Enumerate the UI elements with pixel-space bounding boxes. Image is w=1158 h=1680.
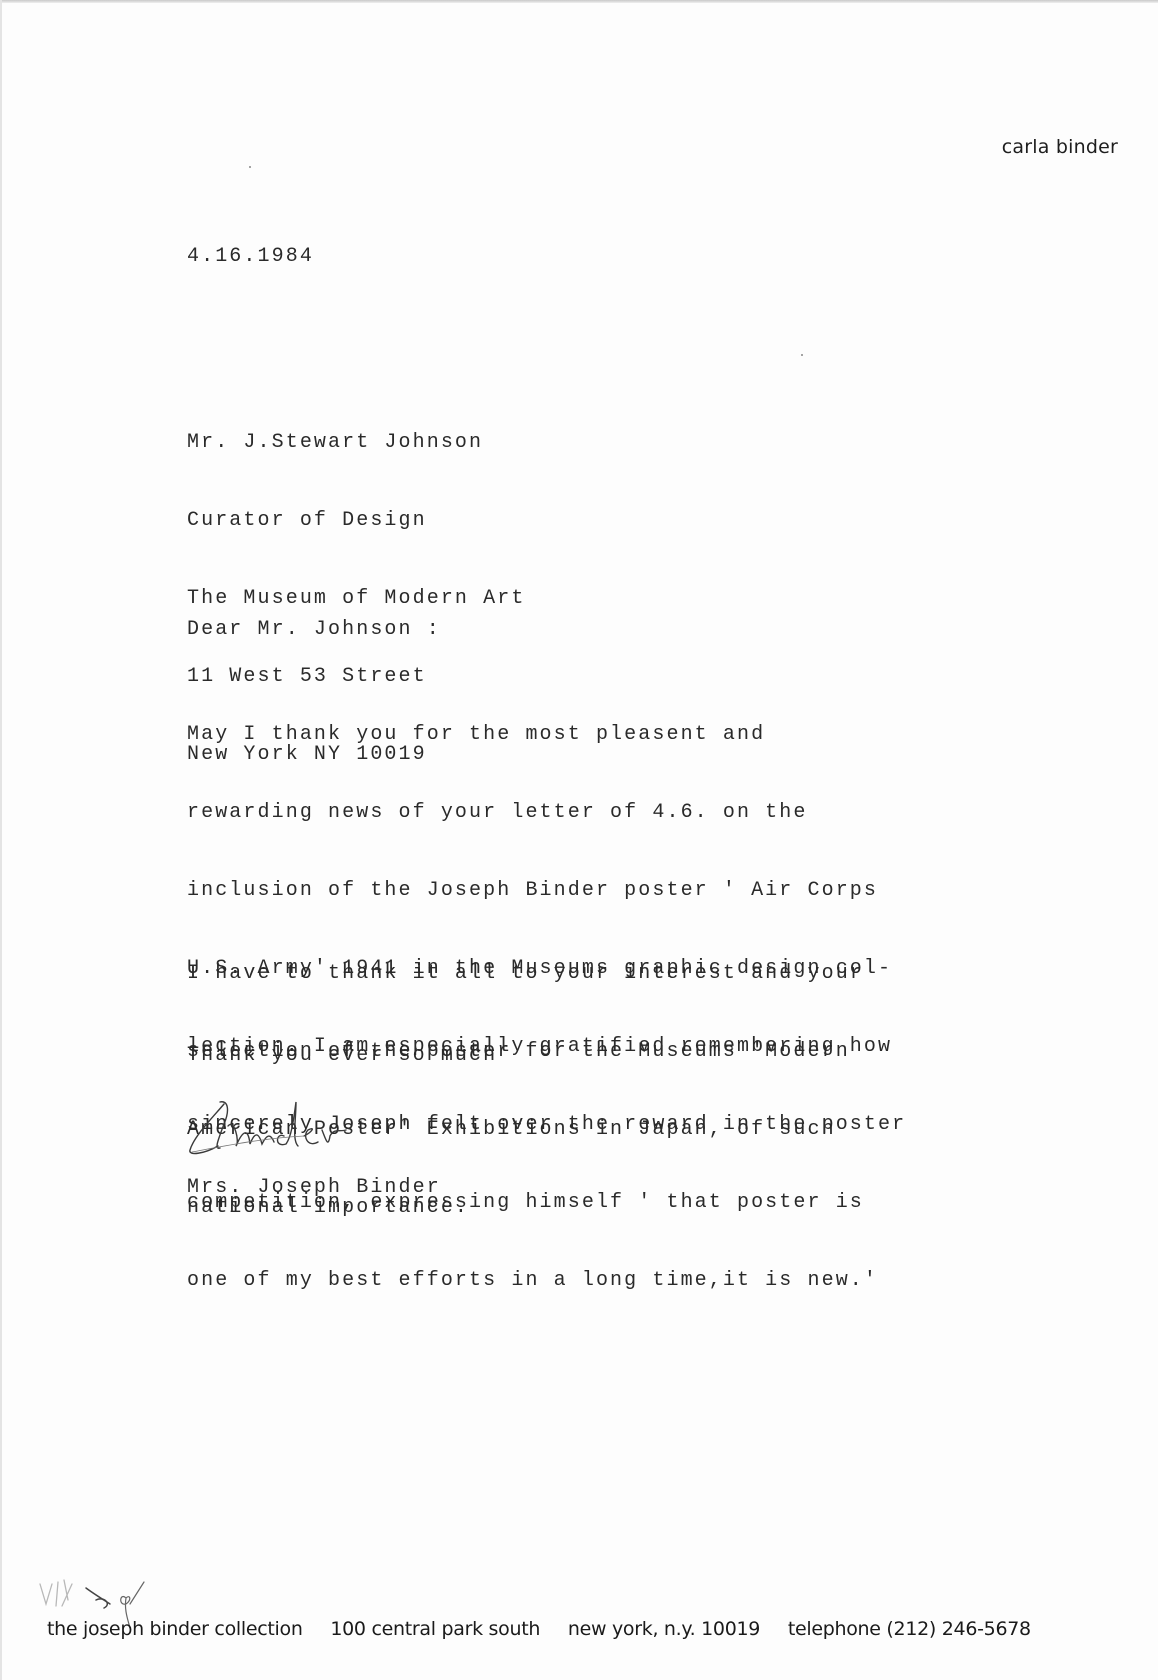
footer-telephone: telephone (212) 246-5678	[788, 1618, 1031, 1640]
closing-line: Thank you ever so much	[187, 1043, 497, 1069]
body-line: one of my best efforts in a long time,it…	[187, 1268, 906, 1294]
recipient-line: Mr. J.Stewart Johnson	[187, 430, 525, 456]
body-line: inclusion of the Joseph Binder poster ' …	[187, 878, 906, 904]
recipient-line: Curator of Design	[187, 508, 525, 534]
paper-speck	[249, 166, 251, 168]
page-edge-left	[0, 0, 2, 1680]
recipient-line: The Museum of Modern Art	[187, 586, 525, 612]
body-line: May I thank you for the most pleasent an…	[187, 722, 906, 748]
footer-city: new york, n.y. 10019	[568, 1618, 760, 1640]
paper-speck	[801, 354, 803, 356]
signature-icon	[184, 1096, 414, 1160]
footer-address: 100 central park south	[330, 1618, 540, 1640]
letterhead-footer: the joseph binder collection 100 central…	[47, 1618, 1053, 1640]
salutation: Dear Mr. Johnson :	[187, 617, 441, 643]
letterhead-name: carla binder	[1002, 136, 1118, 158]
letter-date: 4.16.1984	[187, 244, 314, 270]
body-line: I have to thank it all to your interest …	[187, 961, 864, 987]
footer-collection: the joseph binder collection	[47, 1618, 303, 1640]
body-line: rewarding news of your letter of 4.6. on…	[187, 800, 906, 826]
page-edge-top	[0, 0, 1158, 3]
signed-name: Mrs. Joseph Binder	[187, 1175, 441, 1201]
